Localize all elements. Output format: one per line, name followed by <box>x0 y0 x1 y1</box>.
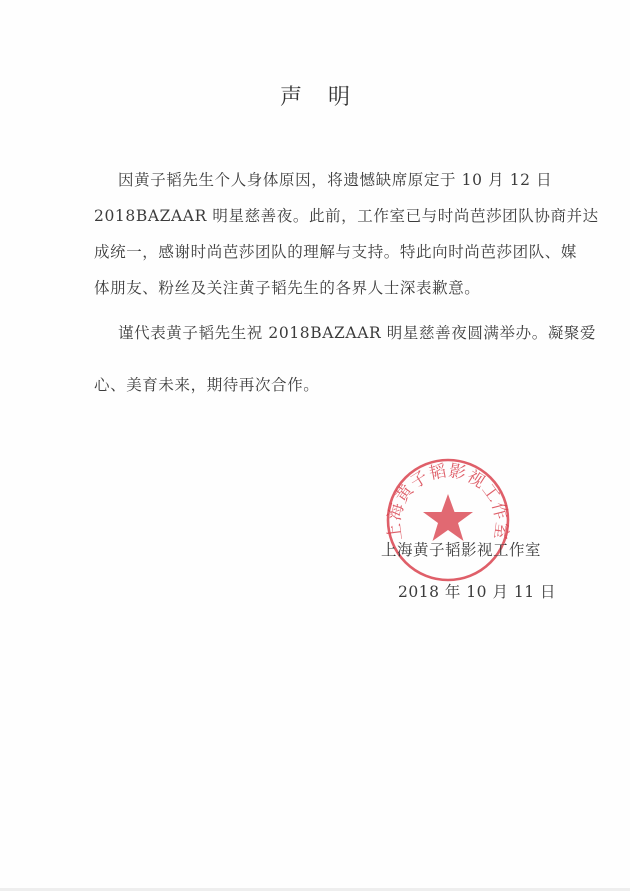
paragraph-2-line-2: 心、美育未来，期待再次合作。 <box>94 373 319 395</box>
signature-date: 2018 年 10 月 11 日 <box>398 580 556 602</box>
document-page: 声明 因黄子韬先生个人身体原因，将遗憾缺席原定于 10 月 12 日 2018B… <box>0 0 630 891</box>
paragraph-1-line-2: 2018BAZAAR 明星慈善夜。此前，工作室已与时尚芭莎团队协商并达 <box>94 204 599 226</box>
paragraph-1-line-4: 体朋友、粉丝及关注黄子韬先生的各界人士深表歉意。 <box>94 276 480 298</box>
paragraph-1-line-3: 成统一，感谢时尚芭莎团队的理解与支持。特此向时尚芭莎团队、媒 <box>94 240 577 262</box>
official-seal: 上海黄子韬影视工作室 <box>384 456 512 584</box>
paragraph-2-line-1: 谨代表黄子韬先生祝 2018BAZAAR 明星慈善夜圆满举办。凝聚爱 <box>118 321 596 343</box>
signature: 上海黄子韬影视工作室 <box>381 538 541 560</box>
paragraph-1-line-1: 因黄子韬先生个人身体原因，将遗憾缺席原定于 10 月 12 日 <box>118 168 552 190</box>
star-icon <box>423 494 473 541</box>
document-title: 声明 <box>0 80 630 111</box>
